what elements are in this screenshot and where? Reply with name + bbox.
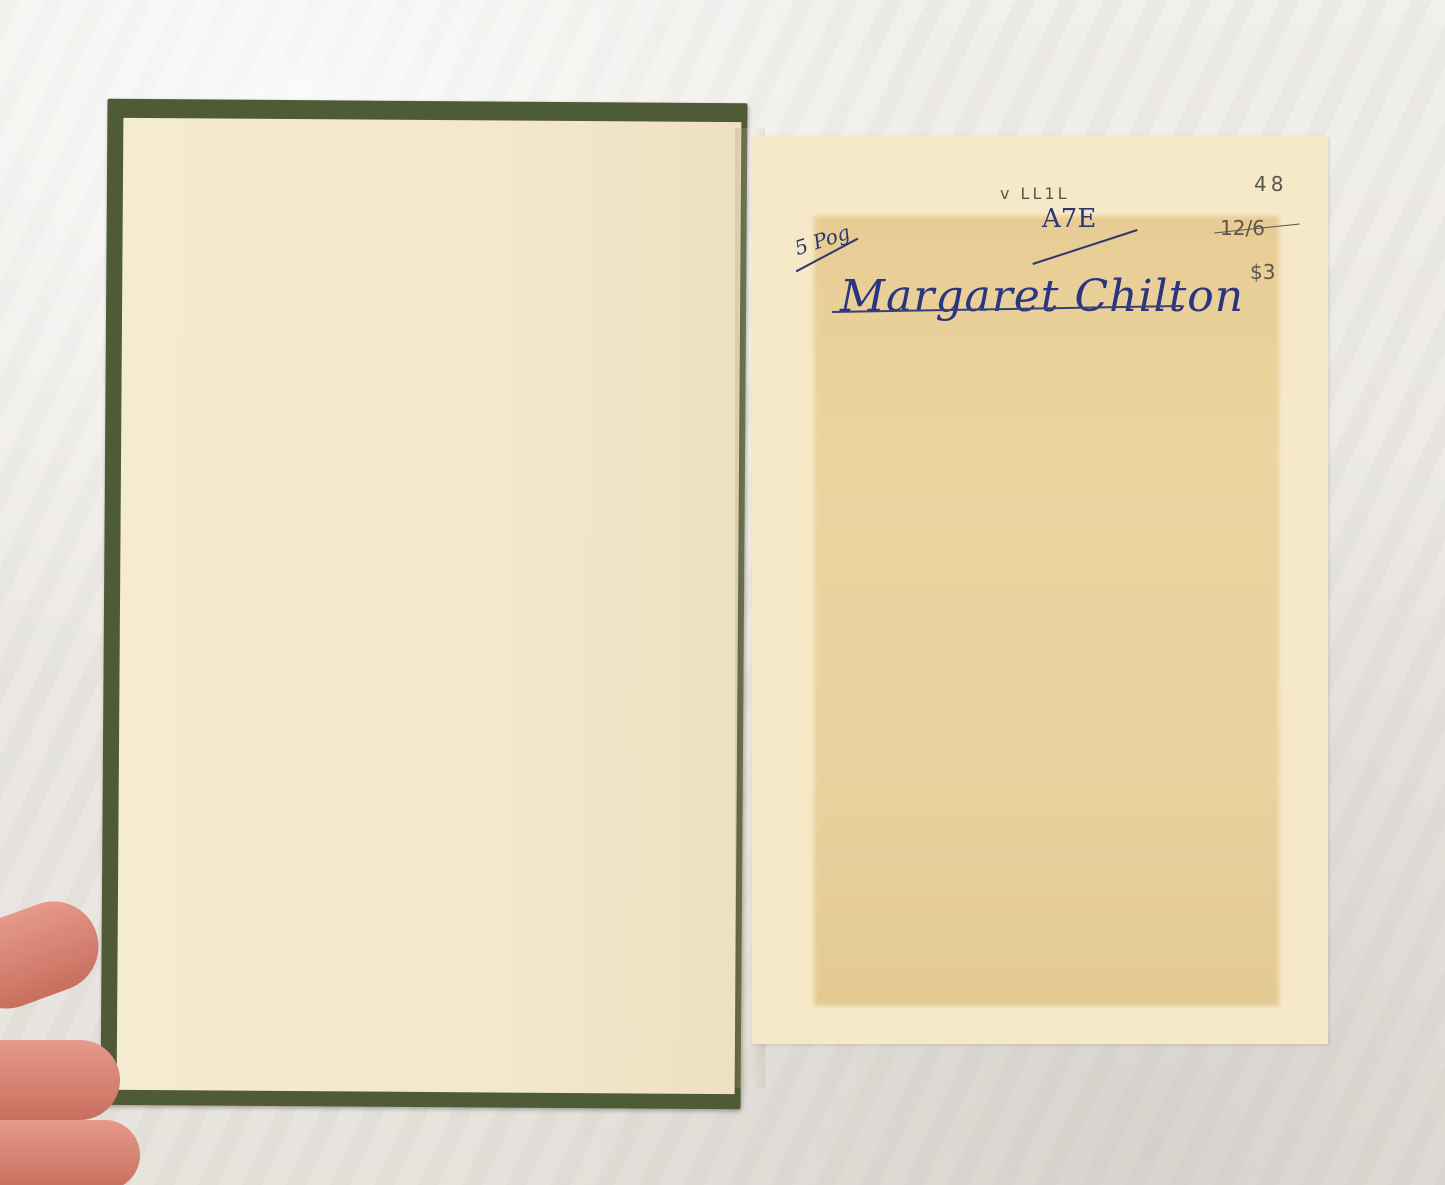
finger: [0, 889, 111, 1021]
note-top-right-number: 48: [1254, 172, 1287, 196]
finger: [0, 1040, 120, 1120]
note-top-center-code: A7E: [1042, 204, 1096, 234]
endpaper-left: [117, 118, 742, 1094]
page-stain: [814, 216, 1279, 1006]
endpaper-right: 5 Pog v LL1L A7E 48 12/6 $3 Margaret Chi…: [752, 136, 1328, 1044]
hand: [0, 900, 150, 1185]
note-top-center-small: v LL1L: [1000, 184, 1069, 203]
note-price: $3: [1250, 260, 1275, 284]
finger: [0, 1120, 140, 1185]
owner-signature: Margaret Chilton: [840, 271, 1244, 322]
